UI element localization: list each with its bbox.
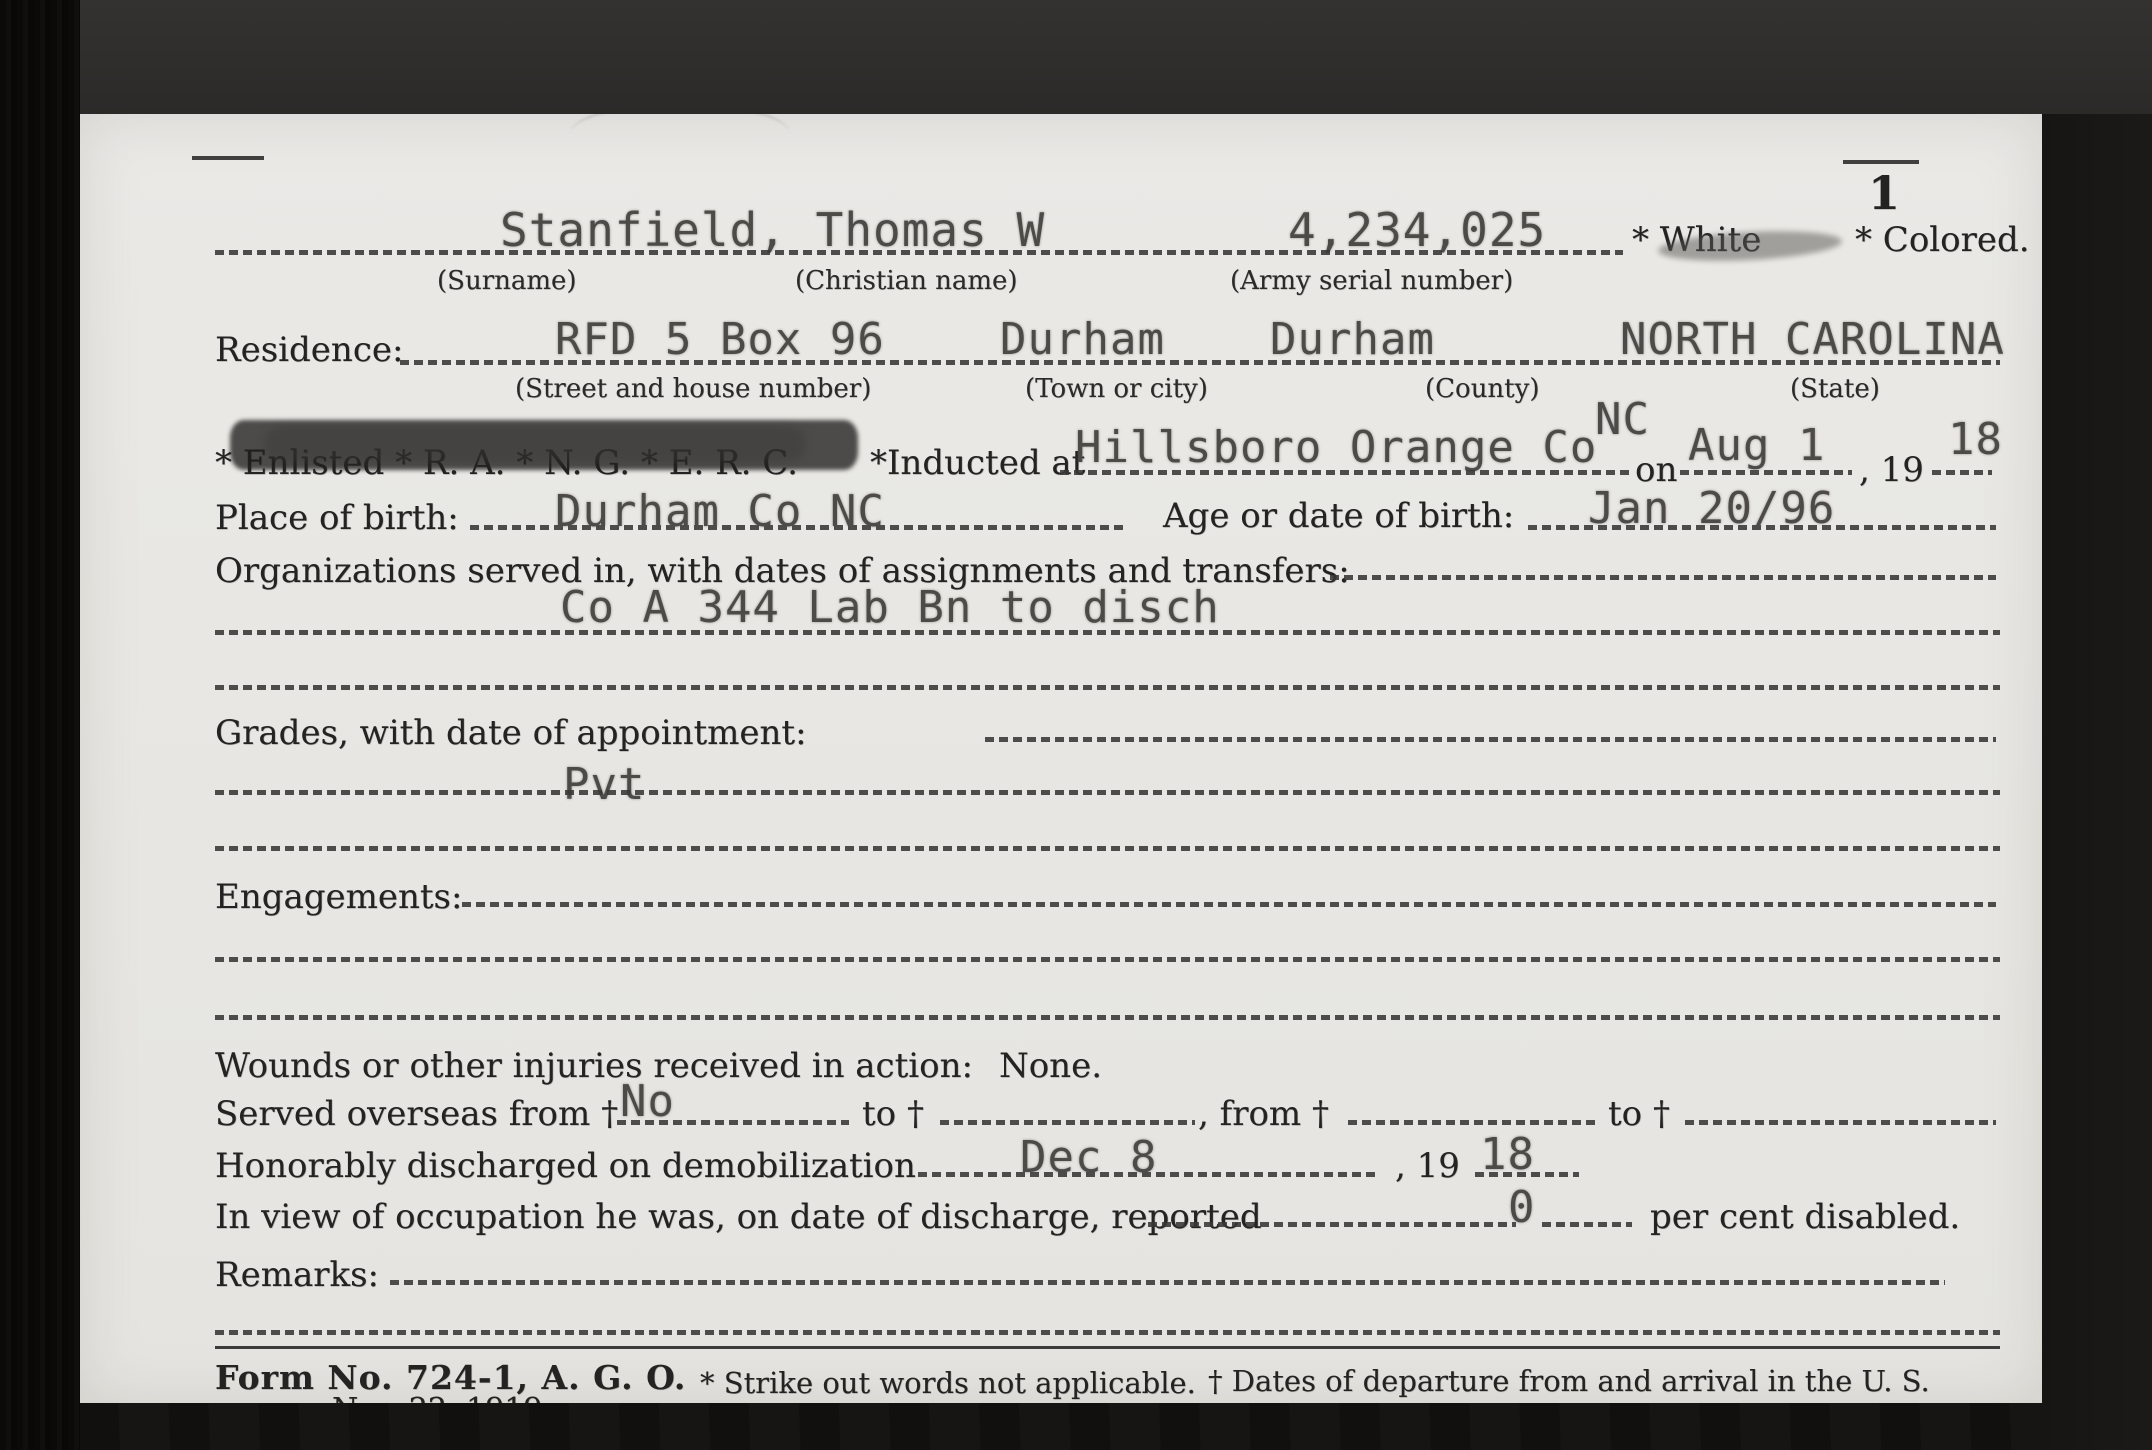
induction-year-value: 18	[1948, 414, 2003, 465]
footer-dashed-rule	[215, 1330, 2000, 1335]
town-caption: (Town or city)	[1025, 374, 1208, 404]
organizations-value: Co A 344 Lab Bn to disch	[560, 582, 1220, 633]
scanned-service-record: 1 Stanfield, Thomas W 4,234,025 * White …	[0, 0, 2152, 1450]
inducted-at-label: *Inducted at	[870, 443, 1085, 483]
disability-suffix: per cent disabled.	[1650, 1197, 1960, 1237]
blackout-smear-highlight	[265, 426, 805, 462]
page-number-overline	[1843, 160, 1919, 164]
engagements-rule-3	[215, 1015, 2000, 1020]
serial-number-caption: (Army serial number)	[1230, 266, 1513, 296]
overseas-from2-label: , from †	[1198, 1094, 1329, 1134]
remarks-rule	[390, 1280, 1945, 1285]
grades-label: Grades, with date of appointment:	[215, 713, 807, 753]
induction-year-rule	[1932, 470, 1992, 475]
scan-border-left	[0, 0, 80, 1450]
footer-solid-rule	[215, 1346, 2000, 1349]
residence-town-value: Durham	[1000, 314, 1165, 365]
race-colored-label: * Colored.	[1855, 220, 2030, 260]
discharge-label: Honorably discharged on demobilization	[215, 1146, 916, 1186]
place-of-birth-value: Durham Co NC	[555, 486, 885, 537]
induction-date-rule	[1680, 470, 1852, 475]
induction-place-value: Hillsboro Orange Co	[1075, 422, 1597, 473]
wounds-value: None.	[999, 1046, 1102, 1086]
residence-state-value: NORTH CAROLINA	[1620, 314, 2005, 365]
birth-date-value: Jan 20/96	[1588, 483, 1835, 534]
induction-date-value: Aug 1	[1688, 420, 1825, 471]
overseas-rule-1	[617, 1120, 849, 1125]
residence-rule	[400, 360, 2000, 365]
engagements-label: Engagements:	[215, 877, 462, 917]
state-caption: (State)	[1790, 374, 1880, 404]
induction-place-rule	[1060, 470, 1630, 475]
organizations-rule-3	[215, 685, 2000, 690]
disability-label: In view of occupation he was, on date of…	[215, 1197, 1262, 1237]
top-left-dash-mark	[192, 156, 264, 160]
scan-border-top	[80, 0, 2152, 114]
overseas-to1-label: to †	[862, 1094, 924, 1134]
page-number: 1	[1868, 166, 1900, 220]
county-caption: (County)	[1425, 374, 1539, 404]
organizations-rule-1	[1330, 575, 1996, 580]
form-date: Nov. 22, 1919.	[332, 1392, 552, 1403]
discharge-year-label: , 19	[1395, 1146, 1460, 1186]
grades-rule-3	[215, 846, 2000, 851]
place-of-birth-label: Place of birth:	[215, 498, 459, 538]
footnote-dates: † Dates of departure from and arrival in…	[1208, 1364, 1930, 1398]
state-correction-value: NC	[1595, 394, 1650, 445]
residence-street-value: RFD 5 Box 96	[555, 314, 885, 365]
serial-number-value: 4,234,025	[1288, 203, 1546, 257]
footnote-strike-out: * Strike out words not applicable.	[700, 1366, 1196, 1400]
disability-value: 0	[1508, 1182, 1536, 1233]
birth-date-label: Age or date of birth:	[1163, 496, 1514, 536]
name-row-rule	[215, 250, 1623, 255]
overseas-rule-3	[1348, 1120, 1598, 1125]
residence-county-value: Durham	[1270, 314, 1435, 365]
street-caption: (Street and house number)	[515, 374, 871, 404]
wounds-label: Wounds or other injuries received in act…	[215, 1046, 973, 1086]
grades-value: Pvt	[563, 759, 645, 810]
discharge-year-value: 18	[1480, 1129, 1535, 1180]
engagements-rule-2	[215, 957, 2000, 962]
engagements-rule-1	[462, 902, 1996, 907]
remarks-label: Remarks:	[215, 1255, 379, 1295]
discharge-date-value: Dec 8	[1020, 1132, 1157, 1183]
christian-name-caption: (Christian name)	[795, 266, 1018, 296]
service-record-card: 1 Stanfield, Thomas W 4,234,025 * White …	[80, 114, 2042, 1403]
grades-rule-2	[215, 790, 2000, 795]
overseas-from1-label: Served overseas from †	[215, 1094, 618, 1134]
overseas-to2-label: to †	[1608, 1094, 1670, 1134]
residence-label: Residence:	[215, 330, 403, 370]
scan-border-bottom	[80, 1403, 2042, 1450]
pencil-smudge	[570, 114, 790, 166]
scan-border-right	[2042, 114, 2152, 1450]
disability-rule-1	[1148, 1222, 1516, 1227]
organizations-rule-2	[215, 630, 2000, 635]
surname-caption: (Surname)	[437, 266, 577, 296]
grades-rule-1	[985, 737, 1996, 742]
overseas-rule-2	[940, 1120, 1195, 1125]
induction-year-label: , 19	[1859, 450, 1924, 490]
overseas-rule-4	[1685, 1120, 1996, 1125]
disability-rule-2	[1542, 1222, 1632, 1227]
name-value: Stanfield, Thomas W	[500, 203, 1045, 257]
